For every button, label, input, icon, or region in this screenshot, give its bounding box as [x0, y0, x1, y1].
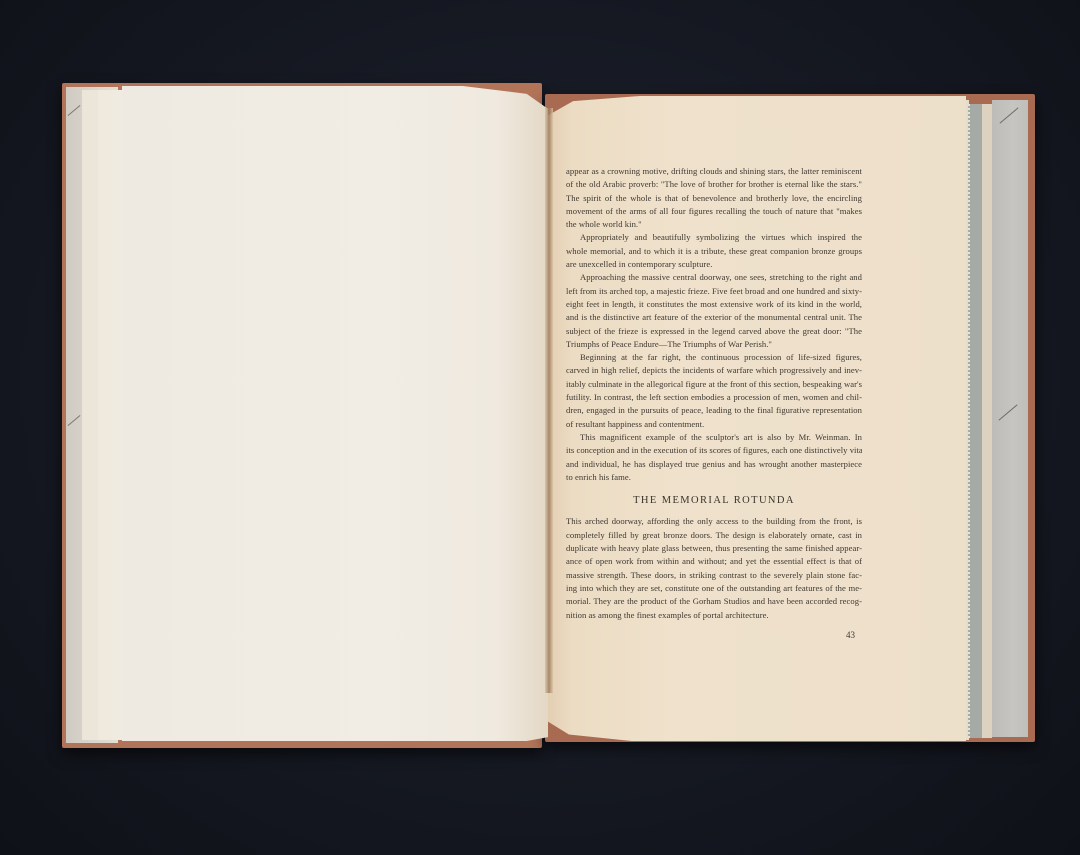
paragraph: Appropriately and beautifully symbolizin…: [566, 231, 862, 271]
right-endpaper: [992, 100, 1028, 737]
book-gutter: [545, 108, 553, 693]
text-line: Beginning at the far right, the continuo…: [566, 351, 862, 364]
text-line: whole memorial, and to which it is a tri…: [566, 245, 862, 258]
paragraph: appear as a crowning motive, drifting cl…: [566, 165, 862, 231]
text-line: morial. They are the product of the Gorh…: [566, 595, 862, 608]
text-line: are unexcelled in contemporary sculpture…: [566, 258, 862, 271]
text-line: dren, engaged in the pursuits of peace, …: [566, 404, 862, 417]
text-line: ing into which they are set, constitute …: [566, 582, 862, 595]
text-line: to enrich his fame.: [566, 471, 862, 484]
text-line: of resultant happiness and contentment.: [566, 418, 862, 431]
text-line: movement of the arms of all four figures…: [566, 205, 862, 218]
left-page-blank: [122, 86, 548, 741]
text-line: subject of the frieze is expressed in th…: [566, 325, 862, 338]
text-line: and is the distinctive art feature of th…: [566, 311, 862, 324]
text-line: ance of open work from within and withou…: [566, 555, 862, 568]
text-line: nition as among the finest examples of p…: [566, 609, 862, 622]
page-text-block: appear as a crowning motive, drifting cl…: [566, 165, 862, 622]
text-line: duplicate with heavy plate glass between…: [566, 542, 862, 555]
text-line: and individual, he has displayed true ge…: [566, 458, 862, 471]
text-line: eight feet in length, it constitutes the…: [566, 298, 862, 311]
text-line: The spirit of the whole is that of benev…: [566, 192, 862, 205]
paragraph: This magnificent example of the sculptor…: [566, 431, 862, 484]
text-line: Triumphs of Peace Endure—The Triumphs of…: [566, 338, 862, 351]
deckle-page-edge: [982, 104, 992, 738]
paragraph: Approaching the massive central doorway,…: [566, 271, 862, 351]
paragraph: This arched doorway, affording the only …: [566, 515, 862, 621]
text-line: its conception and in the execution of i…: [566, 444, 862, 457]
text-line: completely filled by great bronze doors.…: [566, 529, 862, 542]
text-line: appear as a crowning motive, drifting cl…: [566, 165, 862, 178]
text-line: carved in high relief, depicts the incid…: [566, 364, 862, 377]
text-line: left from its arched top, a majestic fri…: [566, 285, 862, 298]
text-line: the whole world kin.": [566, 218, 862, 231]
text-line: itably culminate in the allegorical figu…: [566, 378, 862, 391]
text-line: Appropriately and beautifully symbolizin…: [566, 231, 862, 244]
text-line: Approaching the massive central doorway,…: [566, 271, 862, 284]
text-line: This magnificent example of the sculptor…: [566, 431, 862, 444]
text-line: futility. In contrast, the left section …: [566, 391, 862, 404]
page-number: 43: [846, 630, 855, 640]
book-photo: appear as a crowning motive, drifting cl…: [0, 0, 1080, 855]
paragraph: Beginning at the far right, the continuo…: [566, 351, 862, 431]
text-line: massive strength. These doors, in striki…: [566, 569, 862, 582]
text-line: of the old Arabic proverb: "The love of …: [566, 178, 862, 191]
text-line: This arched doorway, affording the only …: [566, 515, 862, 528]
section-heading: THE MEMORIAL ROTUNDA: [566, 494, 862, 507]
